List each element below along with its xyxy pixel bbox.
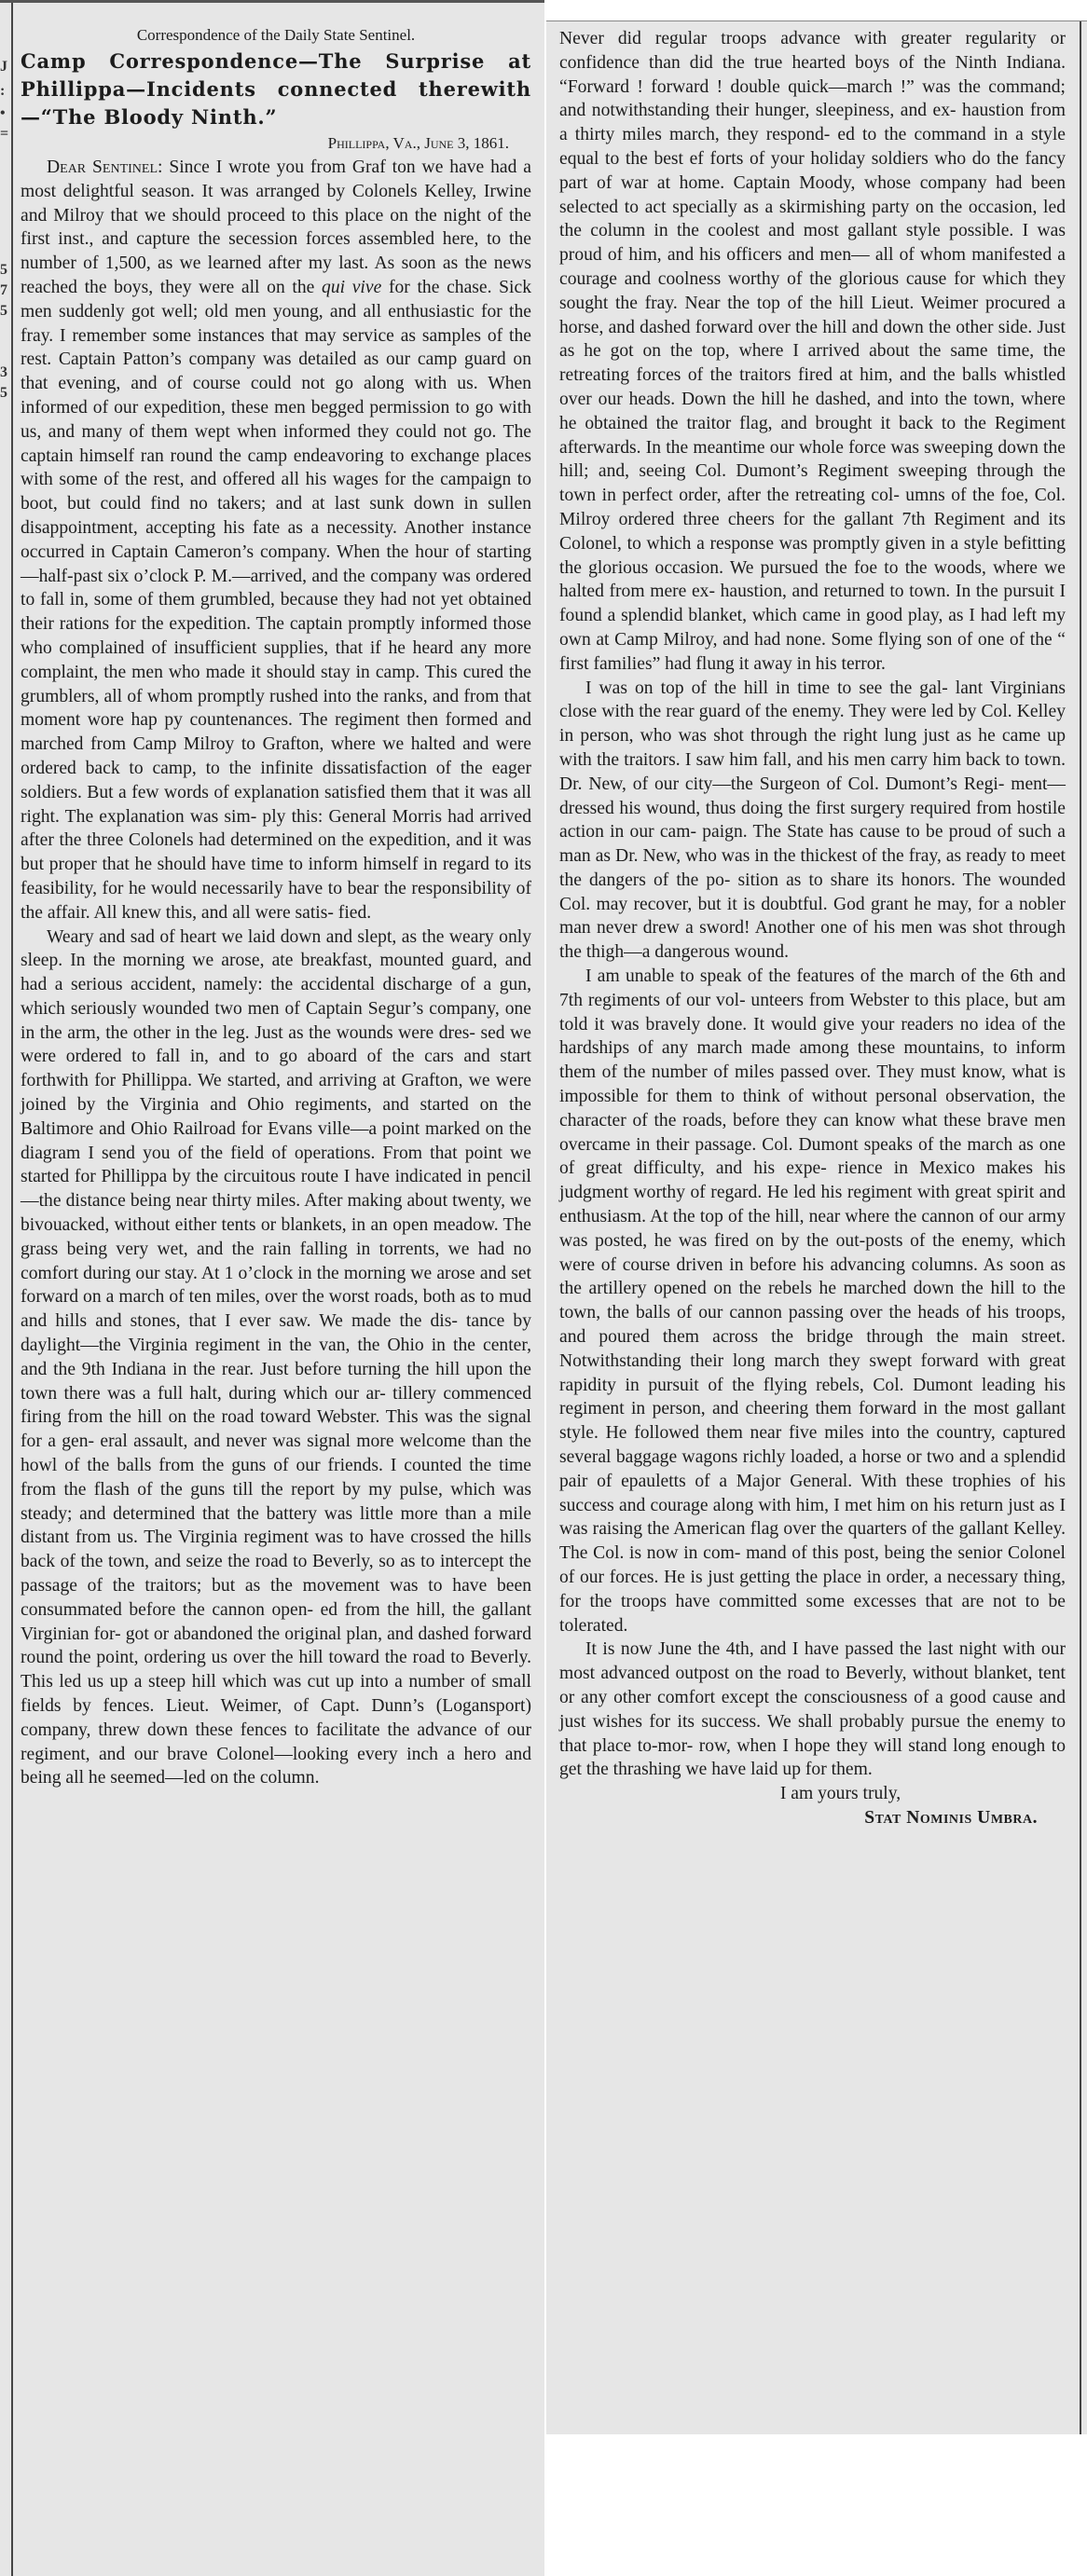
article-headline: Camp Correspondence—The Surprise at Phil… (21, 48, 531, 131)
gutter-glyph: 5 (0, 262, 7, 279)
gutter-glyph: : (0, 83, 7, 100)
article-paragraph: I was on top of the hill in time to see … (559, 677, 1066, 966)
closing-line: I am yours truly, (559, 1782, 1066, 1806)
gutter-glyph: = (0, 126, 7, 143)
article-right-column: Never did regular troops advance with gr… (559, 27, 1066, 1830)
signature: Stat Nominis Umbra. (559, 1806, 1038, 1830)
article-paragraph: It is now June the 4th, and I have passe… (559, 1637, 1066, 1782)
paragraph-text: Since I wrote you from Graf ton we have … (21, 158, 531, 297)
article-paragraph: Weary and sad of heart we laid down and … (21, 925, 531, 1791)
left-column-clipping: J : • = 5 7 5 3 5 Correspondence of the … (0, 0, 544, 2576)
article-paragraph: I am unable to speak of the features of … (559, 965, 1066, 1637)
gutter-glyph: 5 (0, 385, 7, 402)
article-paragraph: Dear Sentinel: Since I wrote you from Gr… (21, 156, 531, 925)
italic-phrase: qui vive (322, 278, 381, 297)
right-column-clipping: Never did regular troops advance with gr… (546, 21, 1087, 2434)
salutation: Dear Sentinel: (47, 158, 162, 177)
gutter-glyph: 3 (0, 364, 7, 381)
gutter-glyph: 7 (0, 282, 7, 299)
gutter-glyph: J (0, 59, 7, 75)
gutter-glyph: 5 (0, 303, 7, 320)
article-dateline: Phillippa, Va., June 3, 1861. (21, 131, 509, 156)
article-paragraph: Never did regular troops advance with gr… (559, 27, 1066, 677)
column-rule (1080, 21, 1081, 2434)
gutter-glyph: • (0, 105, 7, 122)
paragraph-text: for the chase. Sick men suddenly got wel… (21, 278, 531, 923)
adjacent-column-fragment: J : • = 5 7 5 3 5 (0, 3, 13, 2576)
article-kicker: Correspondence of the Daily State Sentin… (21, 23, 531, 48)
article-left-column: Correspondence of the Daily State Sentin… (21, 23, 531, 1790)
